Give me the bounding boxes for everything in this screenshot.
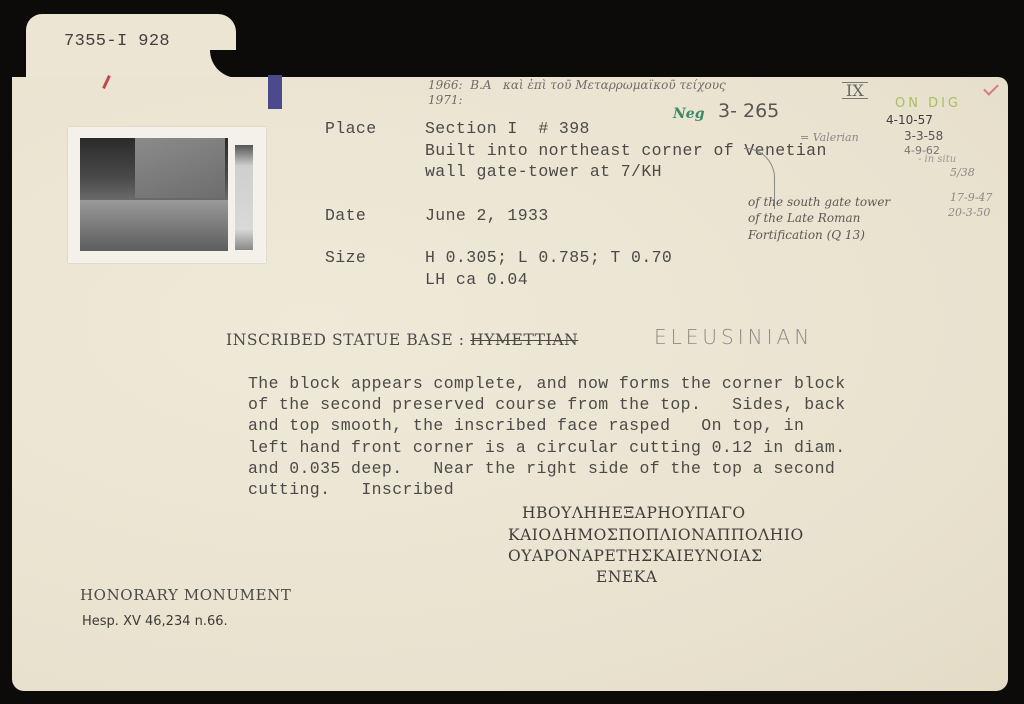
struck-material: HYMETTIAN bbox=[470, 331, 578, 349]
in-situ-note: - in situ bbox=[918, 154, 956, 165]
date-note-5: 17-9-47 bbox=[950, 191, 992, 204]
description-line-2: of the second preserved course from the … bbox=[248, 395, 846, 414]
on-dig-note: ON DIG bbox=[895, 96, 961, 111]
place-section: Section I # 398 bbox=[425, 119, 590, 138]
annotation-1966: 1966: B.A καὶ ἐπὶ τοῦ Μεταρρωμαϊκοῦ τείχ… bbox=[428, 78, 726, 92]
purple-tab-strip bbox=[268, 75, 282, 109]
date-note-4: 5/38 bbox=[950, 166, 975, 179]
date-note-2: 3-3-58 bbox=[904, 129, 943, 143]
inscription-line-3: ΟΥΑΡΟΝΑΡΕΤΗΣΚΑΙΕΥΝΟΙΑΣ bbox=[508, 547, 763, 565]
inscription-line-1: ΗΒΟΥΛΗΗΕΞΑΡΗΟΥΠΑΓΟ bbox=[522, 504, 746, 522]
block-photograph bbox=[80, 138, 228, 251]
place-handwritten-note-2: of the Late Roman bbox=[748, 211, 860, 225]
description-line-3: and top smooth, the inscribed face raspe… bbox=[248, 416, 804, 435]
date-note-6: 20-3-50 bbox=[948, 206, 990, 219]
photo-side-strip bbox=[235, 145, 253, 250]
place-description-line2: wall gate-tower at 7/KH bbox=[425, 162, 662, 181]
inscription-line-2: ΚΑΙΟΔΗΜΟΣΠΟΠΛΙΟΝΑΠΠΟΛΗΙΟ bbox=[508, 526, 804, 544]
date-value: June 2, 1933 bbox=[425, 206, 549, 225]
size-dimensions: H 0.305; L 0.785; T 0.70 bbox=[425, 248, 672, 267]
roman-numeral-ix: IX bbox=[842, 82, 868, 99]
annotation-1971: 1971: bbox=[428, 93, 463, 107]
accession-number: 7355-I 928 bbox=[64, 32, 170, 51]
date-label: Date bbox=[325, 206, 366, 225]
size-letter-height: LH ca 0.04 bbox=[425, 270, 528, 289]
neg-stamp: Neg bbox=[673, 106, 705, 122]
description-line-5: and 0.035 deep. Near the right side of t… bbox=[248, 459, 835, 478]
date-note-1: 4-10-57 bbox=[886, 113, 933, 127]
card-tab-shoulder bbox=[210, 50, 270, 80]
description-line-4: left hand front corner is a circular cut… bbox=[248, 438, 846, 457]
place-handwritten-note-1: of the south gate tower bbox=[748, 195, 890, 209]
negative-number: 3- 265 bbox=[718, 100, 779, 122]
place-handwritten-note-3: Fortification (Q 13) bbox=[748, 228, 865, 242]
size-label: Size bbox=[325, 248, 366, 267]
inscription-line-4: ΕΝΕΚΑ bbox=[596, 568, 657, 586]
place-label: Place bbox=[325, 119, 377, 138]
publication-reference: Hesp. XV 46,234 n.66. bbox=[82, 614, 228, 629]
category-label: HONORARY MONUMENT bbox=[80, 586, 292, 604]
description-line-6: cutting. Inscribed bbox=[248, 480, 454, 499]
description-line-1: The block appears complete, and now form… bbox=[248, 374, 846, 393]
object-title: INSCRIBED STATUE BASE : HYMETTIAN bbox=[226, 331, 578, 349]
object-type: INSCRIBED STATUE BASE : bbox=[226, 331, 470, 349]
handwritten-material: ELEUSINIAN bbox=[654, 325, 813, 349]
